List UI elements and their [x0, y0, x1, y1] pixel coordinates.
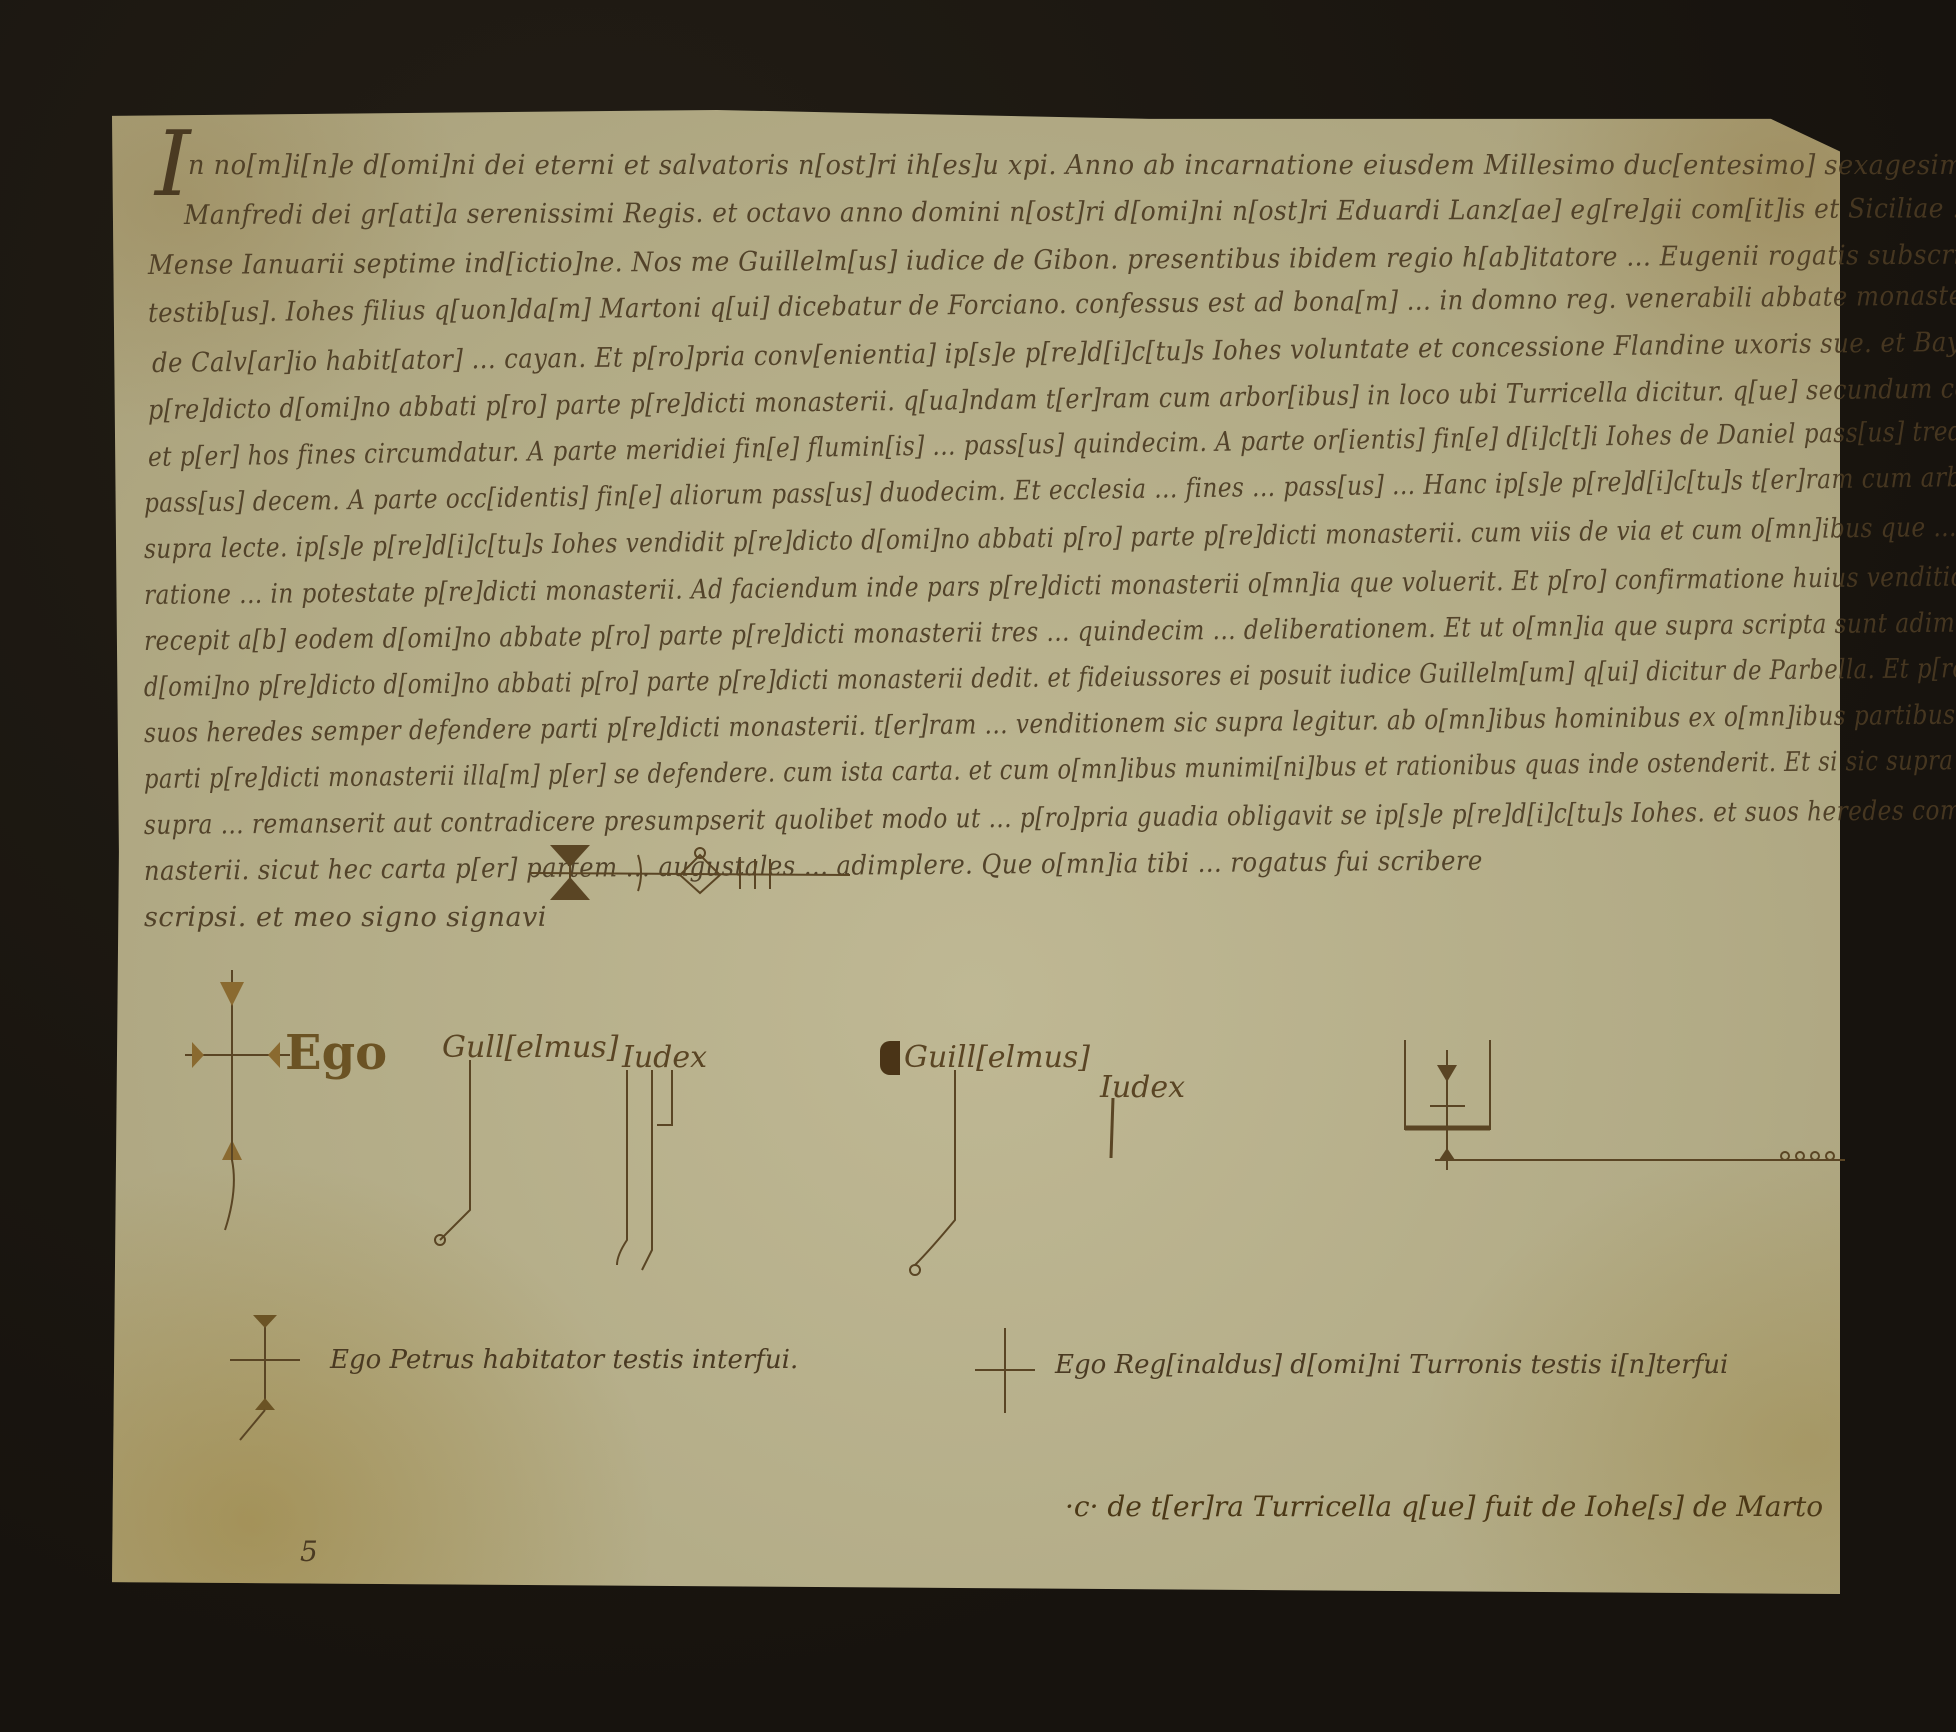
witness-subscription: Ego Petrus habitator testis interfui.	[330, 1345, 798, 1375]
witness-subscription: Ego Reg[inaldus] d[omi]ni Turronis testi…	[1055, 1350, 1728, 1380]
charter-line: scripsi. et meo signo signavi	[144, 902, 547, 933]
endorsement-note: ·c· de t[er]ra Turricella q[ue] fuit de …	[1065, 1490, 1823, 1523]
witness-cross-icon	[225, 1310, 305, 1444]
decorated-initial: I	[155, 120, 191, 210]
signature-mark: Guill[elmus]	[880, 1040, 1090, 1075]
signature-mark: Gull[elmus]	[430, 1030, 618, 1065]
charter-line: Manfredi dei gr[ati]a serenissimi Regis.…	[184, 192, 1956, 231]
candelabrum-signum-icon	[1375, 1020, 1845, 1184]
charter-line: n no[m]i[n]e d[omi]ni dei eterni et salv…	[188, 150, 1956, 181]
signature-cross-icon	[180, 970, 300, 1234]
signature-mark: Iudex	[612, 1040, 707, 1075]
signature-mark: Iudex	[1100, 1070, 1185, 1105]
folio-number: 5	[300, 1535, 318, 1568]
witness-cross-icon	[975, 1328, 1035, 1432]
signature-label: Ego	[285, 1025, 387, 1081]
notary-signum-icon	[530, 845, 850, 909]
